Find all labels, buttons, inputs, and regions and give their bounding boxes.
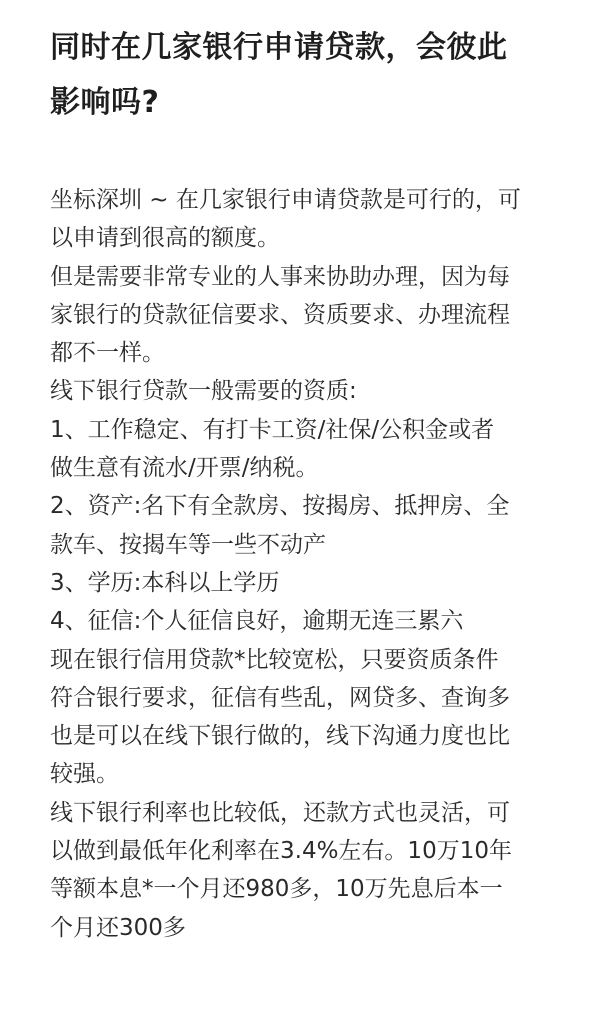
body-line: 也是可以在线下银行做的，线下沟通力度也比 — [50, 717, 550, 755]
title-line: 同时在几家银行申请贷款，会彼此 — [50, 20, 550, 75]
article-title: 同时在几家银行申请贷款，会彼此 影响吗? — [50, 20, 550, 130]
title-line: 影响吗? — [50, 75, 550, 130]
body-line-cutoff: 个月还300多 — [50, 909, 550, 947]
body-line: 线下银行利率也比较低，还款方式也灵活，可 — [50, 794, 550, 832]
body-line: 较强。 — [50, 755, 550, 793]
body-line: 现在银行信用贷款*比较宽松，只要资质条件 — [50, 641, 550, 679]
requirement-item-3: 3、学历:本科以上学历 — [50, 564, 550, 602]
body-line: 坐标深圳 ~ 在几家银行申请贷款是可行的，可 — [50, 181, 550, 219]
requirement-item-4: 4、征信:个人征信良好，逾期无连三累六 — [50, 602, 550, 640]
requirement-item-2: 2、资产:名下有全款房、按揭房、抵押房、全 — [50, 487, 550, 525]
body-line: 以申请到很高的额度。 — [50, 219, 550, 257]
body-line: 但是需要非常专业的人事来协助办理，因为每 — [50, 258, 550, 296]
body-line: 款车、按揭车等一些不动产 — [50, 526, 550, 564]
body-line: 线下银行贷款一般需要的资质: — [50, 372, 550, 410]
body-line: 做生意有流水/开票/纳税。 — [50, 449, 550, 487]
body-line: 等额本息*一个月还980多，10万先息后本一 — [50, 870, 550, 908]
body-line: 家银行的贷款征信要求、资质要求、办理流程 — [50, 296, 550, 334]
article-body: 坐标深圳 ~ 在几家银行申请贷款是可行的，可 以申请到很高的额度。 但是需要非常… — [50, 181, 550, 947]
requirement-item-1: 1、工作稳定、有打卡工资/社保/公积金或者 — [50, 411, 550, 449]
body-line: 都不一样。 — [50, 334, 550, 372]
body-line: 符合银行要求，征信有些乱，网贷多、查询多 — [50, 679, 550, 717]
body-line: 以做到最低年化利率在3.4%左右。10万10年 — [50, 832, 550, 870]
